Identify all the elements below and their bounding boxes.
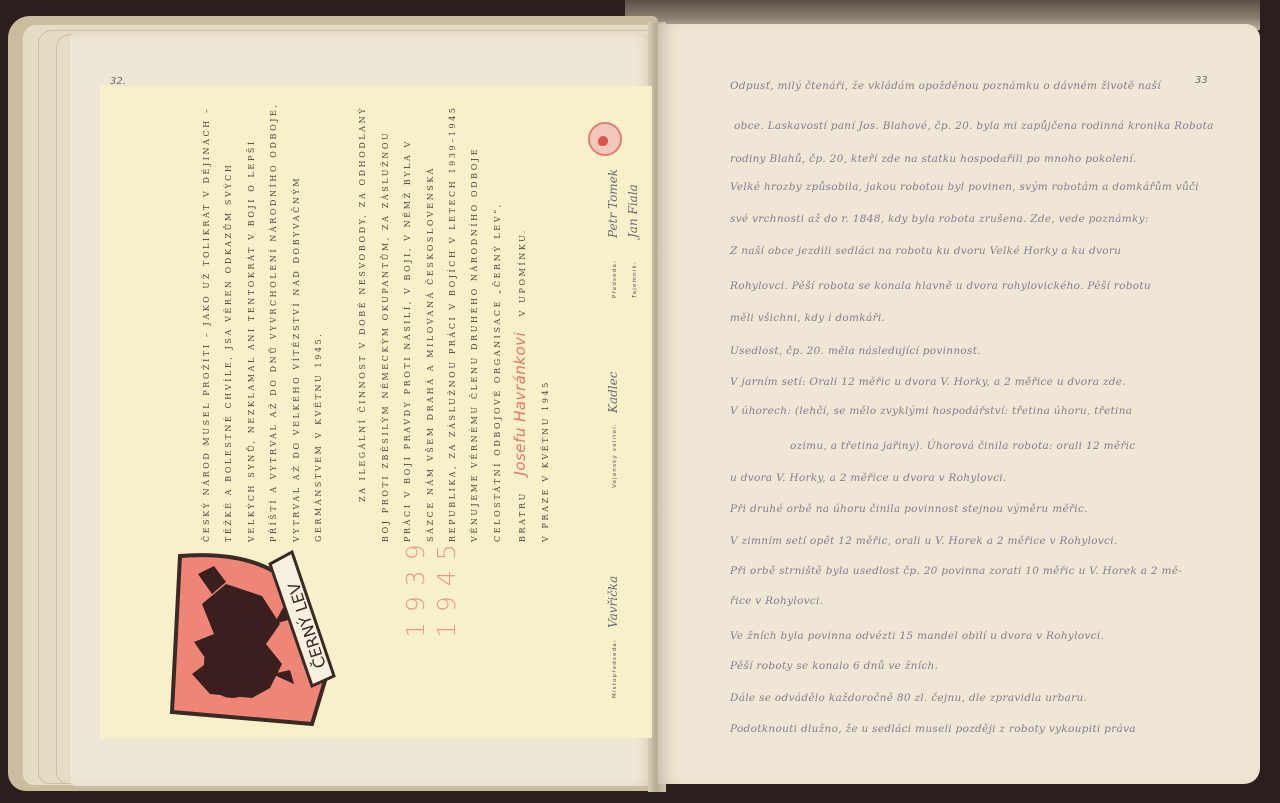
handwritten-line: Rohylovci. Pěší robota se konala hlavně … — [730, 280, 1151, 292]
certificate-text: Český národ musel prožíti – jako už toli… — [196, 102, 557, 542]
handwritten-line: Dále se odvádělo každoročně 80 zl. čejnu… — [730, 692, 1087, 704]
handwritten-line: Velké hrozby způsobila, jakou robotou by… — [730, 181, 1199, 193]
handwritten-line: měli všichni, kdy i domkáři. — [730, 312, 885, 324]
recipient-suffix: v upomínku. — [518, 228, 527, 316]
handwritten-line: Při orbě strniště byla usedlost čp. 20 p… — [730, 565, 1182, 577]
handwritten-line: Podotknouti dlužno, že u sedláci museli … — [730, 723, 1136, 735]
recipient-prefix: bratru — [518, 491, 527, 542]
certificate-paragraph-1: Český národ musel prožíti – jako už toli… — [196, 102, 330, 542]
handwritten-line: obce. Laskavostí paní Jos. Blahové, čp. … — [734, 120, 1214, 132]
handwritten-line: V zimním setí opět 12 měřic, orali u V. … — [730, 535, 1118, 547]
signature-role-military-commander: Vojenský velitel: — [612, 423, 618, 488]
signature-role-chair: Předseda: — [612, 260, 618, 298]
signature-secretary: Jan Fiala — [626, 184, 640, 238]
handwritten-line: V úhorech: (lehčí, se mělo zvyklými hosp… — [730, 405, 1132, 417]
handwritten-line: u dvora V. Horky, a 2 měřice u dvora v R… — [730, 472, 1007, 484]
handwritten-line: V jarním setí: Orali 12 měřic u dvora V.… — [730, 376, 1126, 388]
handwritten-line: Usedlost, čp. 20. měla následující povin… — [730, 345, 981, 357]
cerny-lev-shield-emblem: ČERNÝ LEV — [162, 544, 337, 734]
handwritten-line: Pěší roboty se konalo 6 dnů ve žních. — [730, 660, 938, 672]
handwritten-line: Z naší obce jezdili sedláci na robotu ku… — [730, 245, 1121, 257]
signature-military-commander: Kadlec — [606, 372, 620, 413]
page-number-right: 33 — [1195, 75, 1208, 86]
recipient-name: Josefu Havránkovi — [511, 332, 529, 476]
handwritten-line: řice v Rohylovci. — [730, 595, 823, 607]
handwritten-line: Ve žních byla povinna odvézti 15 mandel … — [730, 630, 1104, 642]
place-date: V Praze v květnu 1945 — [535, 102, 557, 542]
certificate: ČERNÝ LEV 1939 1945 Český národ musel pr… — [100, 86, 652, 738]
handwritten-line: své vrchnosti až do r. 1848, kdy byla ro… — [730, 213, 1149, 225]
certificate-paragraph-2: Za ilegální činnost v době nesvobody, za… — [352, 102, 509, 542]
signature-role-vice-chair: Místopředseda: — [612, 639, 618, 698]
handwritten-line: Odpusť, milý čtenáři, že vkládám opožděn… — [730, 80, 1161, 92]
organisation-seal-icon — [588, 122, 622, 156]
handwritten-line: Při druhé orbě na úhoru činila povinnost… — [730, 503, 1088, 515]
signature-role-secretary: Tajemník: — [632, 261, 638, 298]
signature-vice-chair: Vavřička — [606, 576, 620, 628]
handwritten-line: ozimu, a třetina jařiny). Úhorová činila… — [790, 440, 1136, 452]
handwritten-line: rodiny Blahů, čp. 20, kteří zde na statk… — [730, 153, 1137, 165]
signature-chair: Petr Tomek — [606, 169, 620, 238]
years-label: 1939 1945 — [400, 548, 462, 638]
